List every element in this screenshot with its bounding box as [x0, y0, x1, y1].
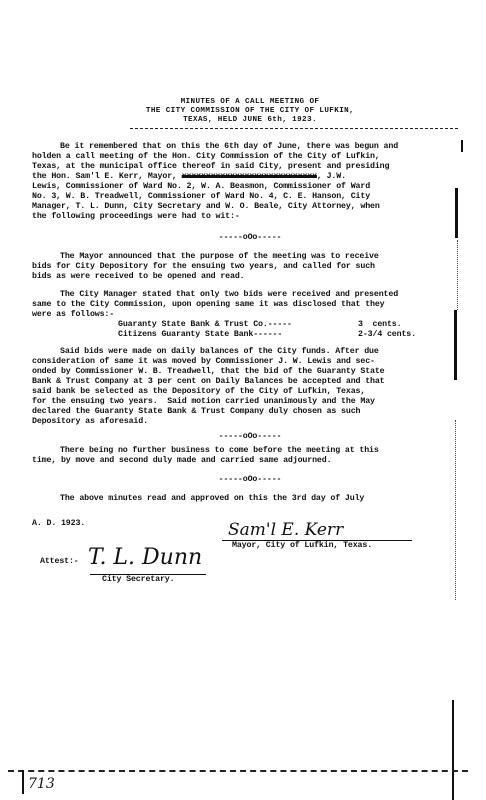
para1-line-5: Lewis, Commissioner of Ward No. 2, W. A.…	[32, 182, 370, 192]
para1-line-2: holden a call meeting of the Hon. City C…	[32, 152, 380, 162]
scan-mark	[454, 310, 457, 340]
scan-mark	[452, 700, 454, 800]
scan-dots	[455, 420, 456, 600]
separator-3: -----oOo-----	[0, 475, 486, 485]
scan-mark	[454, 340, 457, 380]
mayor-title: Mayor, City of Lufkin, Texas.	[232, 541, 372, 551]
approval-year: A. D. 1923.	[32, 519, 85, 529]
para2-line-2: bids for City Depository for the ensuing…	[32, 262, 375, 272]
bid-2-bidder: Citizens Guaranty State Bank------	[118, 330, 282, 340]
separator-1: -----oOo-----	[0, 233, 486, 243]
para1-line-4-tail: , J.W.	[317, 172, 346, 181]
para1-line-7: Manager, T. L. Dunn, City Secretary and …	[32, 202, 380, 212]
header-rule	[130, 128, 458, 129]
scan-mark	[461, 140, 463, 152]
page-number: 713	[28, 776, 55, 792]
para4-line-4: Bank & Trust Company at 3 per cent on Da…	[32, 377, 385, 387]
para4-line-7: declared the Guaranty State Bank & Trust…	[32, 407, 360, 417]
bid-1-bidder: Guaranty State Bank & Trust Co.-----	[118, 320, 292, 330]
attest-label: Attest:-	[40, 557, 79, 567]
para4-line-2: consideration of same it was moved by Co…	[32, 357, 375, 367]
mayor-signature: Sam'l E. Kerr	[228, 520, 343, 540]
para1-line-3: Texas, at the municipal office thereof i…	[32, 162, 389, 172]
approval-line: The above minutes read and approved on t…	[60, 494, 364, 504]
para4-line-3: onded by Commissioner W. B. Treadwell, t…	[32, 367, 385, 377]
para1-line-6: No. 3, W. B. Treadwell, Commissioner of …	[32, 192, 370, 202]
para3-line-3: were as follows:-	[32, 310, 114, 320]
para1-line-4: the Hon. Sam'l E. Kerr, Mayor, xxxxxxxxx…	[32, 172, 346, 182]
header-line-3: TEXAS, HELD JUNE 6th, 1923.	[0, 115, 486, 125]
para4-line-6: for the ensuing two years. Said motion c…	[32, 397, 375, 407]
para5-line-2: time, by move and second duly made and c…	[32, 456, 331, 466]
para3-line-1: The City Manager stated that only two bi…	[60, 290, 398, 300]
para2-line-1: The Mayor announced that the purpose of …	[60, 252, 379, 262]
para4-line-1: Said bids were made on daily balances of…	[60, 347, 379, 357]
scan-mark	[455, 188, 458, 238]
para4-line-8: Depository as aforesaid.	[32, 417, 148, 427]
separator-2: -----oOo-----	[0, 432, 486, 442]
para1-line-4-text: the Hon. Sam'l E. Kerr, Mayor,	[32, 172, 177, 181]
para4-line-5: said bank be selected as the Depository …	[32, 387, 365, 397]
scan-dots	[457, 240, 458, 310]
para1-line-1: Be it remembered that on this the 6th da…	[60, 142, 398, 152]
secretary-title: City Secretary.	[102, 575, 174, 585]
para3-line-2: same to the City Commission, upon openin…	[32, 300, 385, 310]
bid-2-rate: 2-3/4 cents.	[358, 330, 416, 340]
secretary-signature: T. L. Dunn	[88, 545, 202, 570]
bid-1-rate: 3 cents.	[358, 320, 401, 330]
bottom-scan-line	[8, 770, 468, 773]
struck-text: xxxxxxxxxxxxxxxxxxxxxxxxxxxx	[182, 172, 317, 181]
scan-mark	[22, 770, 24, 794]
para1-line-8: the following proceedings were had to wi…	[32, 212, 240, 222]
para5-line-1: There being no further business to come …	[60, 446, 379, 456]
document-page: MINUTES OF A CALL MEETING OF THE CITY CO…	[0, 0, 486, 800]
para2-line-3: bids as were received to be opened and r…	[32, 272, 244, 282]
